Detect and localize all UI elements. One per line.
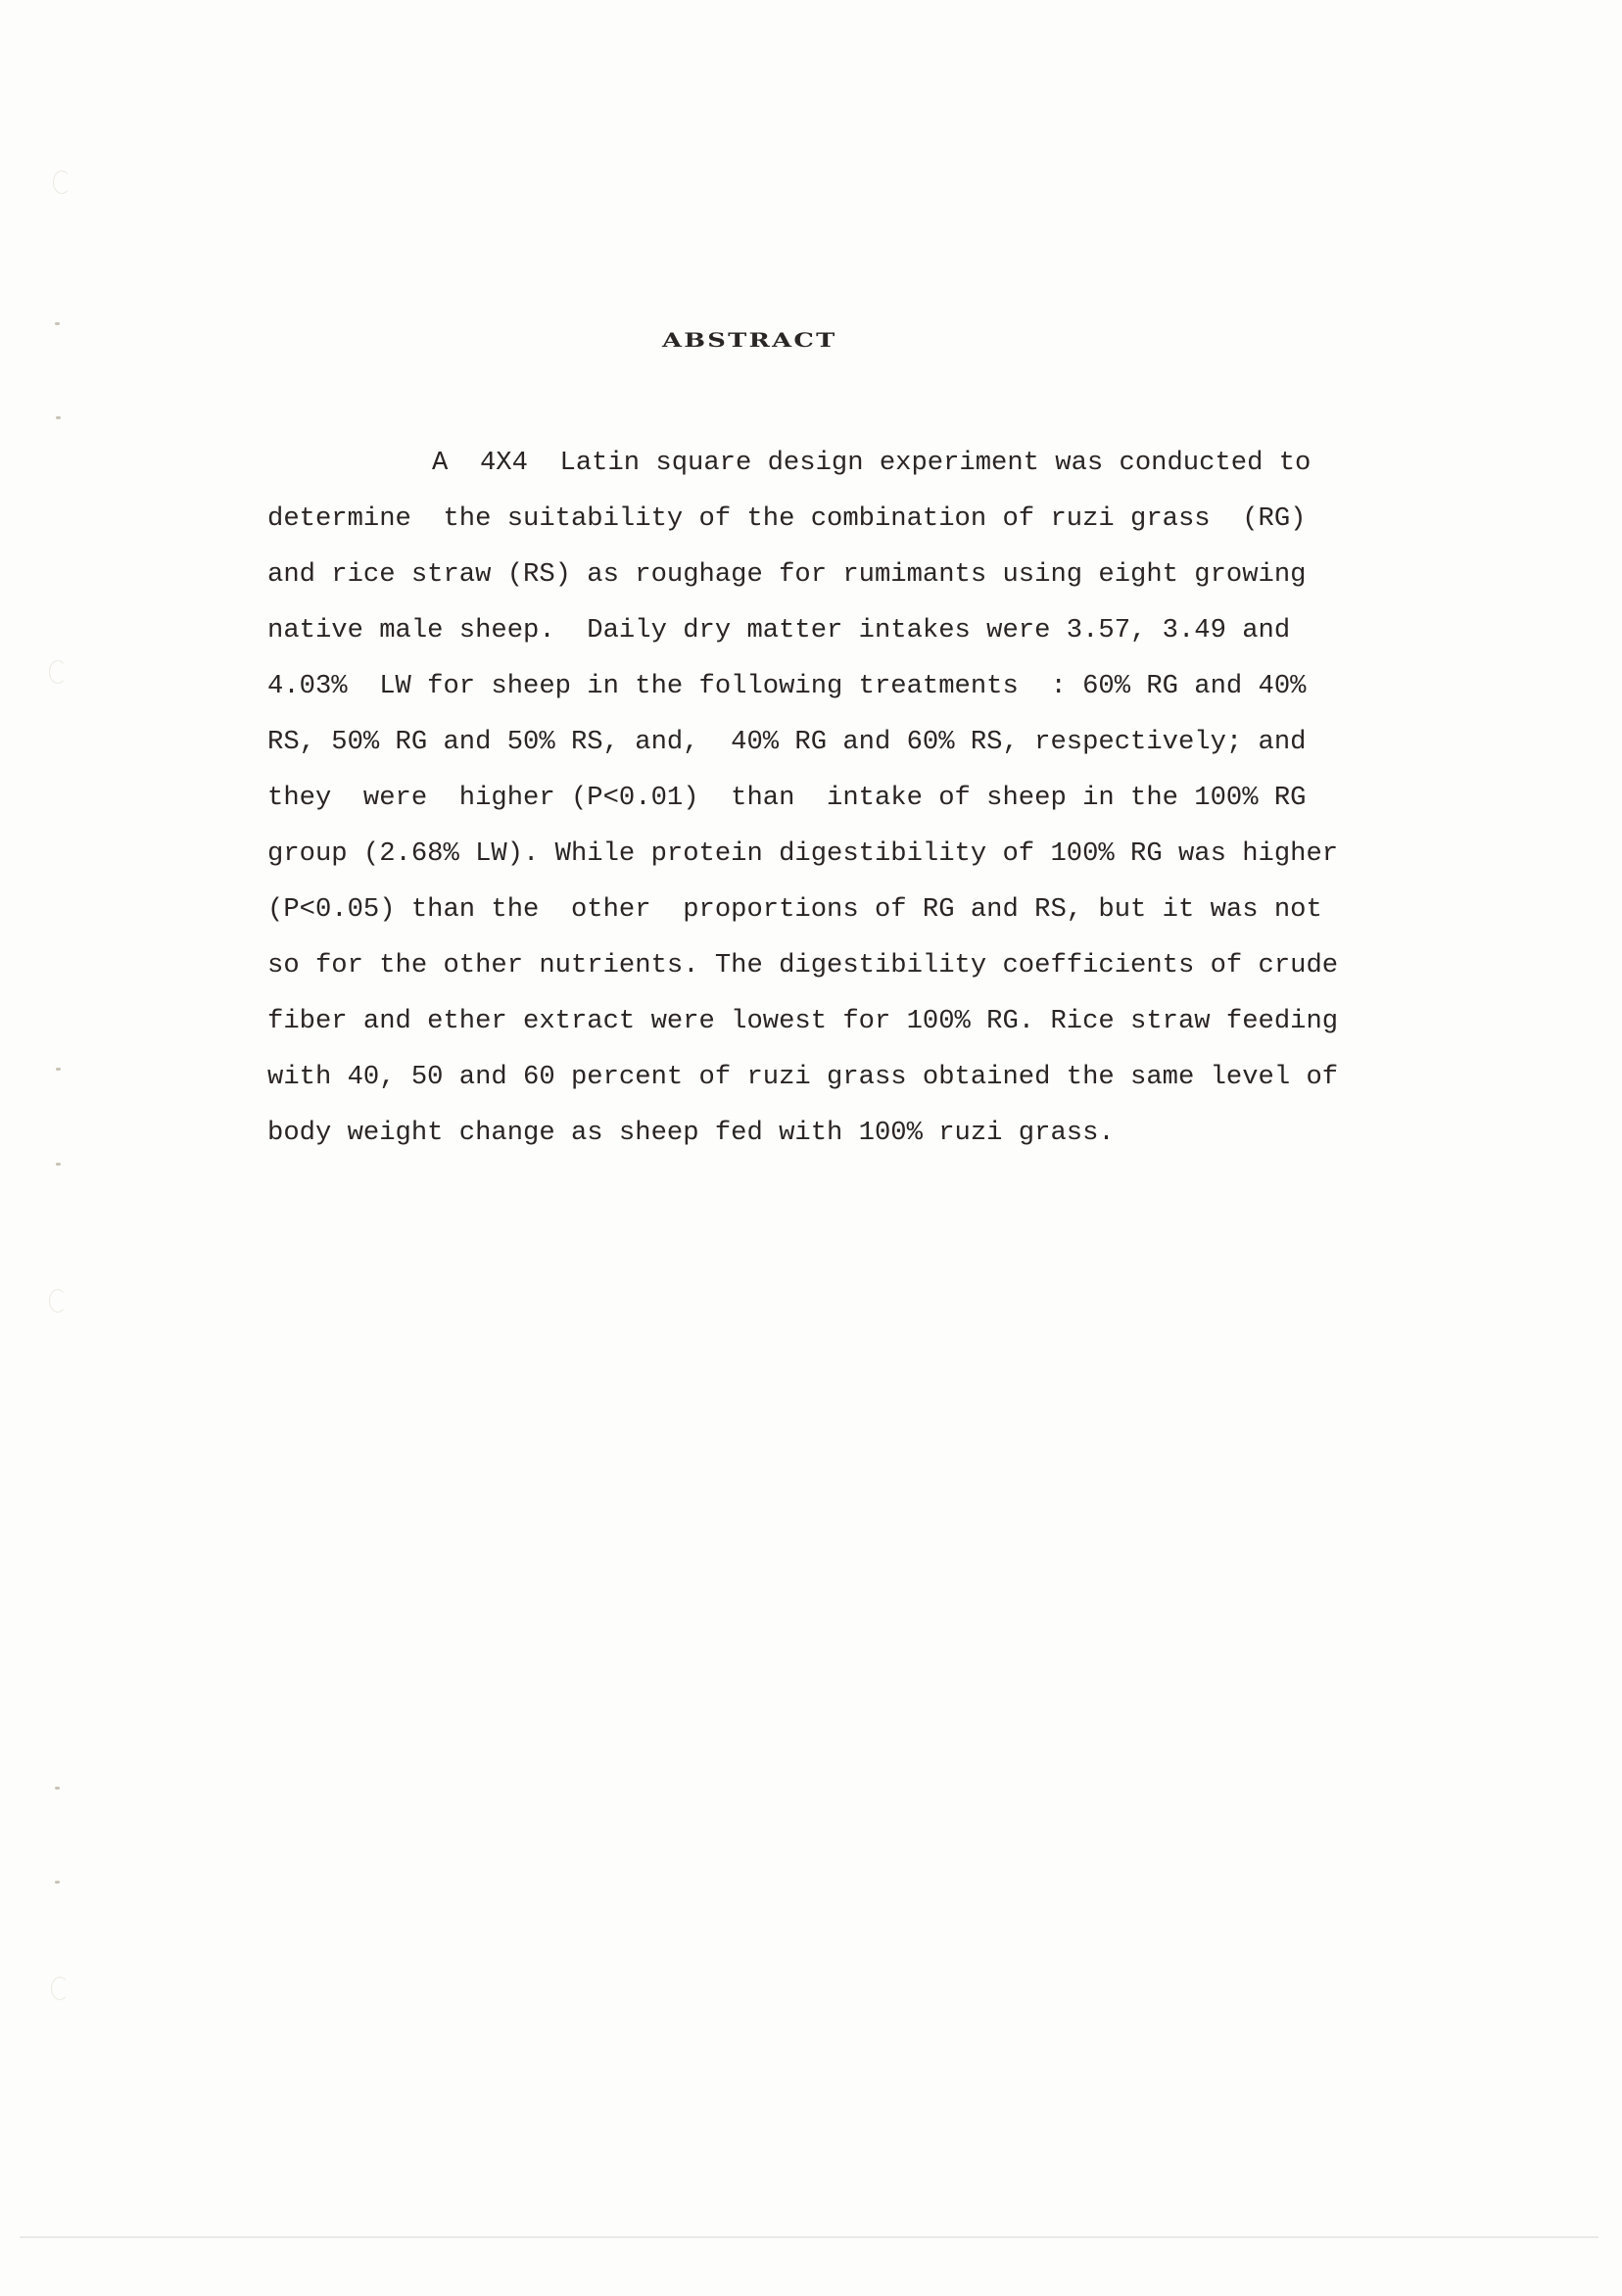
text-line: RS, 50% RG and 50% RS, and, 40% RG and 6… (267, 714, 1394, 770)
text-line: group (2.68% LW). While protein digestib… (267, 826, 1394, 882)
text-line: determine the suitability of the combina… (267, 491, 1394, 547)
text-line: 4.03% LW for sheep in the following trea… (267, 658, 1394, 714)
text-line: (P<0.05) than the other proportions of R… (267, 882, 1394, 937)
punch-hole-mark (49, 660, 67, 684)
abstract-heading: ABSTRACT (662, 329, 949, 357)
text-line: and rice straw (RS) as roughage for rumi… (267, 547, 1394, 602)
scanned-page: ABSTRACT A 4X4 Latin square design exper… (0, 0, 1622, 2296)
margin-speck (56, 1163, 61, 1166)
text-line: so for the other nutrients. The digestib… (267, 937, 1394, 993)
punch-hole-mark (53, 170, 71, 194)
text-line: fiber and ether extract were lowest for … (267, 993, 1394, 1049)
text-line: native male sheep. Daily dry matter inta… (267, 602, 1394, 658)
margin-speck (55, 322, 60, 325)
abstract-body: A 4X4 Latin square design experiment was… (267, 435, 1394, 1161)
page-bottom-edge (20, 2236, 1598, 2238)
text-line: they were higher (P<0.01) than intake of… (267, 770, 1394, 826)
margin-speck (56, 1068, 61, 1071)
text-line: body weight change as sheep fed with 100… (267, 1105, 1394, 1161)
margin-speck (55, 1881, 60, 1884)
punch-hole-mark (51, 1977, 69, 2000)
margin-speck (56, 416, 61, 419)
margin-speck (55, 1787, 60, 1790)
text-line: A 4X4 Latin square design experiment was… (267, 435, 1394, 491)
text-line: with 40, 50 and 60 percent of ruzi grass… (267, 1049, 1394, 1105)
punch-hole-mark (49, 1289, 67, 1313)
